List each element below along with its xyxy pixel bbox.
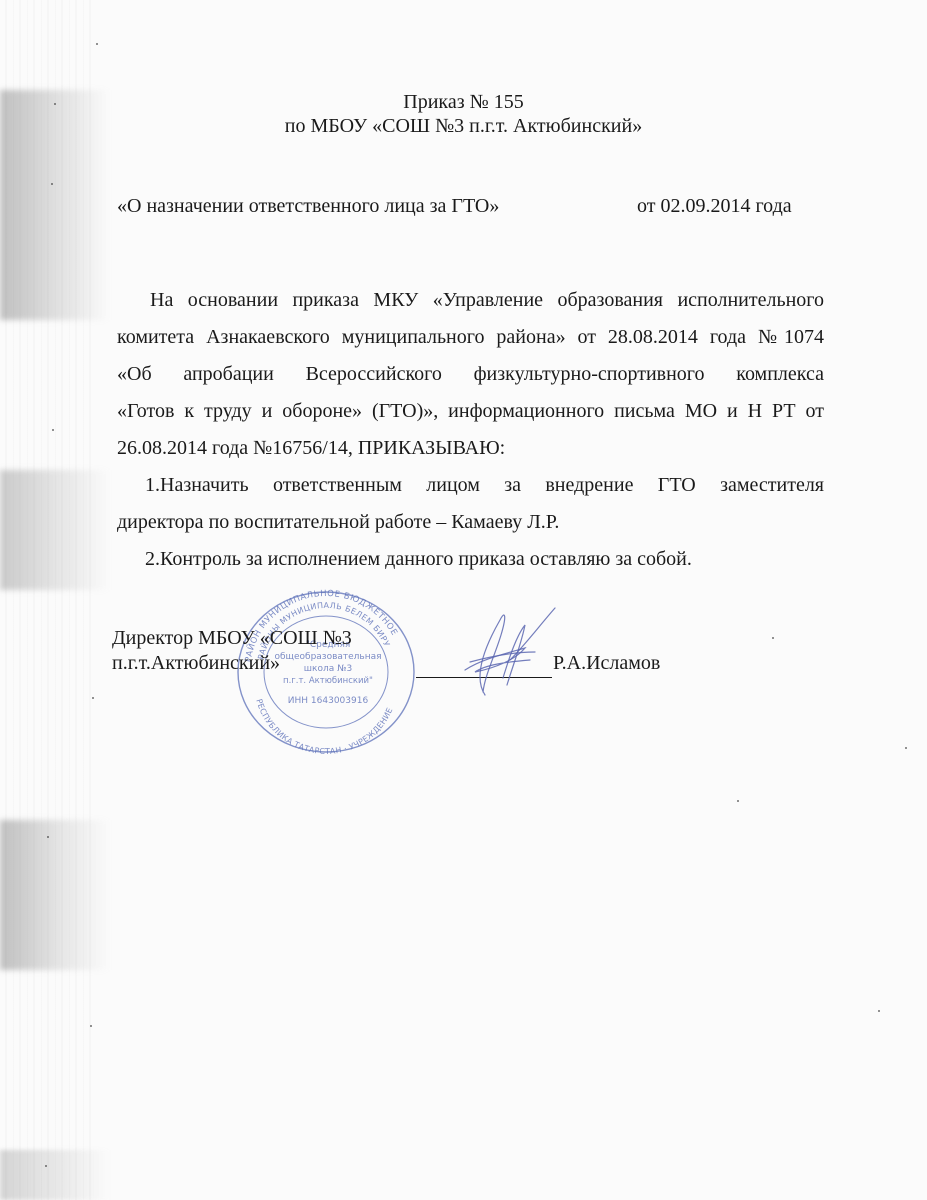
order-subject: «О назначении ответственного лица за ГТО…	[117, 194, 499, 218]
order-item-2: 2.Контроль за исполнением данного приказ…	[145, 547, 692, 571]
scan-speck	[90, 1025, 92, 1027]
preamble-line: 26.08.2014 года №16756/14, ПРИКАЗЫВАЮ:	[117, 436, 505, 460]
scan-speck	[878, 1010, 880, 1012]
scan-speck	[737, 800, 739, 802]
order-item-line: директора по воспитательной работе – Кам…	[117, 510, 559, 534]
preamble-line: «Об апробации Всероссийского физкультурн…	[117, 362, 824, 386]
stamp-center-line: школа №3	[304, 664, 352, 674]
signatory-position-line1: Директор МБОУ «СОШ №3	[112, 626, 352, 650]
order-item-line: 1.Назначить ответственным лицом за внедр…	[145, 473, 824, 497]
scan-speck	[51, 183, 53, 185]
order-title: Приказ № 155	[0, 90, 927, 114]
preamble-line: «Готов к труду и обороне» (ГТО)», информ…	[117, 399, 824, 423]
stamp-center-line: общеобразовательная	[274, 652, 381, 662]
scan-speck	[772, 637, 774, 639]
signatory-position-line2: п.г.т.Актюбинский»	[112, 651, 280, 675]
scan-speck	[96, 43, 98, 45]
order-date: от 02.09.2014 года	[637, 194, 792, 218]
scan-speck	[52, 429, 54, 431]
scan-shadow	[0, 470, 110, 590]
scan-speck	[47, 836, 49, 838]
handwritten-signature	[455, 600, 565, 700]
signatory-name: Р.А.Исламов	[553, 651, 660, 675]
stamp-bottom-ring-text: РЕСПУБЛИКА ТАТАРСТАН · УЧРЕЖДЕНИЕ	[254, 698, 394, 756]
order-organization: по МБОУ «СОШ №3 п.г.т. Актюбинский»	[0, 114, 927, 138]
scan-shadow	[0, 820, 110, 970]
preamble-line: На основании приказа МКУ «Управление обр…	[150, 288, 824, 312]
stamp-center-line: п.г.т. Актюбинский"	[283, 676, 373, 686]
scan-speck	[905, 747, 907, 749]
preamble-line: комитета Азнакаевского муниципального ра…	[117, 325, 824, 349]
stamp-inn: ИНН 1643003916	[288, 696, 369, 706]
scan-speck	[45, 1165, 47, 1167]
scan-streaks	[0, 0, 95, 1200]
scan-shadow	[0, 1150, 110, 1200]
scan-speck	[92, 697, 94, 699]
svg-text:РЕСПУБЛИКА ТАТАРСТАН · УЧРЕЖДЕ: РЕСПУБЛИКА ТАТАРСТАН · УЧРЕЖДЕНИЕ	[254, 698, 394, 756]
